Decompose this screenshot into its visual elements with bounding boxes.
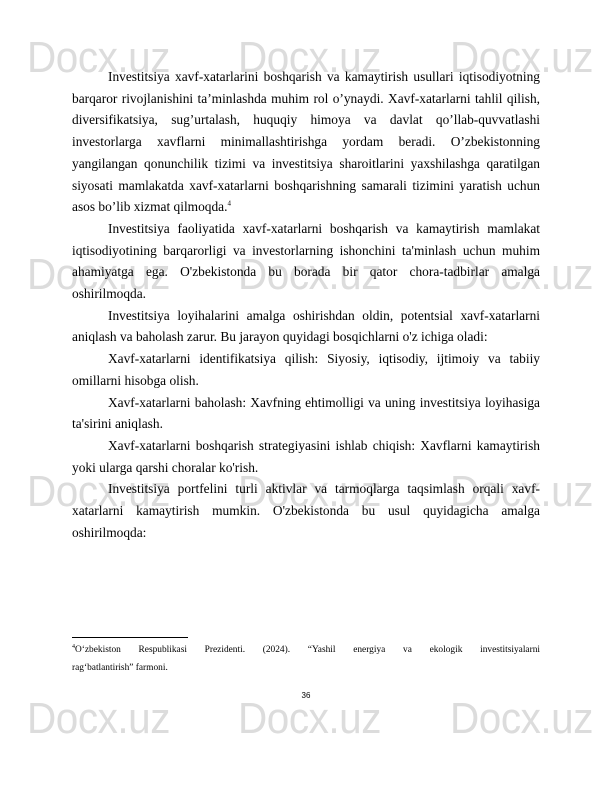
footnote: 4O‘zbekiston Respublikasi Prezidenti. (2… [72,641,540,677]
watermark: Docx.uz [27,697,170,741]
footnote-text-1: O‘zbekiston Respublikasi Prezidenti. (20… [75,645,540,655]
footnote-reference[interactable]: 4 [227,200,231,208]
watermark: Docx.uz [238,697,381,741]
paragraph-evaluation-step: Xavf-xatarlarni baholash: Xavfning ehtim… [72,392,540,435]
footnote-line-2: rag‘batlantirish” farmoni. [72,663,168,673]
watermark: Docx.uz [450,697,593,741]
paragraph-diversification: Investitsiya portfelini turli aktivlar v… [72,478,540,543]
paragraph-risk-assessment: Investitsiya loyihalarini amalga oshiris… [72,305,540,348]
page-number: 36 [0,691,612,700]
paragraph-text: Investitsiya xavf-xatarlarini boshqarish… [72,69,540,214]
footnote-separator [72,637,188,638]
paragraph-identification-step: Xavf-xatarlarni identifikatsiya qilish: … [72,348,540,391]
footnote-line-1: 4O‘zbekiston Respublikasi Prezidenti. (2… [72,641,540,659]
paragraph-strategy-step: Xavf-xatarlarni boshqarish strategiyasin… [72,435,540,478]
page-body: Investitsiya xavf-xatarlarini boshqarish… [72,66,540,543]
paragraph-importance: Investitsiya faoliyatida xavf-xatarlarni… [72,218,540,305]
paragraph-risk-management-intro: Investitsiya xavf-xatarlarini boshqarish… [72,66,540,218]
